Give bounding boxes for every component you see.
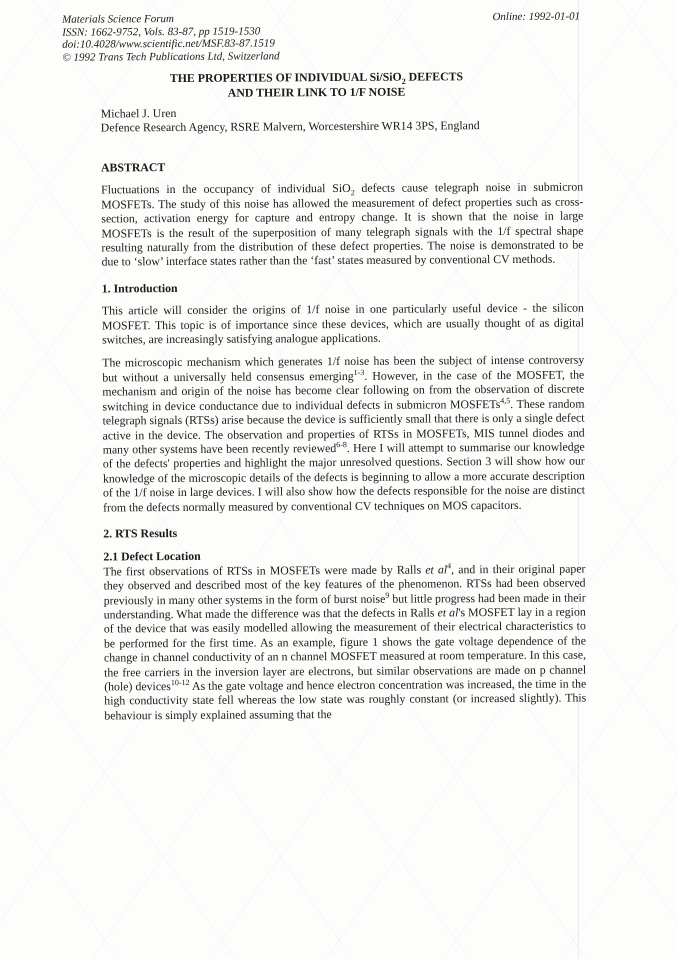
doi-line: doi:10.4028/www.scientific.net/MSF.83-87… — [62, 38, 279, 52]
paper-title: THE PROPERTIES OF INDIVIDUAL Si/SiO2 DEF… — [100, 69, 582, 101]
paper-title-line1: THE PROPERTIES OF INDIVIDUAL Si/SiO2 DEF… — [170, 69, 463, 85]
paper-body: THE PROPERTIES OF INDIVIDUAL Si/SiO2 DEF… — [100, 69, 586, 732]
section-heading-introduction: 1. Introduction — [102, 278, 584, 295]
paragraph: The first observations of RTSs in MOSFET… — [103, 561, 586, 722]
paper-page: Materials Science Forum ISSN: 1662-9752,… — [0, 0, 678, 959]
copyright-line: © 1992 Trans Tech Publications Ltd, Swit… — [62, 50, 279, 64]
author-block: Michael J. Uren Defence Research Agency,… — [101, 105, 583, 135]
paragraph: The microscopic mechanism which generate… — [102, 353, 585, 514]
abstract-heading: ABSTRACT — [101, 158, 583, 175]
author-affiliation: Defence Research Agency, RSRE Malvern, W… — [101, 118, 583, 134]
journal-meta: Materials Science Forum ISSN: 1662-9752,… — [62, 12, 280, 64]
online-date: Online: 1992-01-01 — [492, 11, 580, 24]
journal-header: Materials Science Forum ISSN: 1662-9752,… — [62, 11, 580, 65]
paragraph: This article will consider the origins o… — [102, 301, 584, 347]
abstract-text: Fluctuations in the occupancy of individ… — [101, 180, 584, 269]
paper-title-line2: AND THEIR LINK TO 1/F NOISE — [228, 84, 406, 99]
section-heading-rts-results: 2. RTS Results — [103, 523, 585, 540]
